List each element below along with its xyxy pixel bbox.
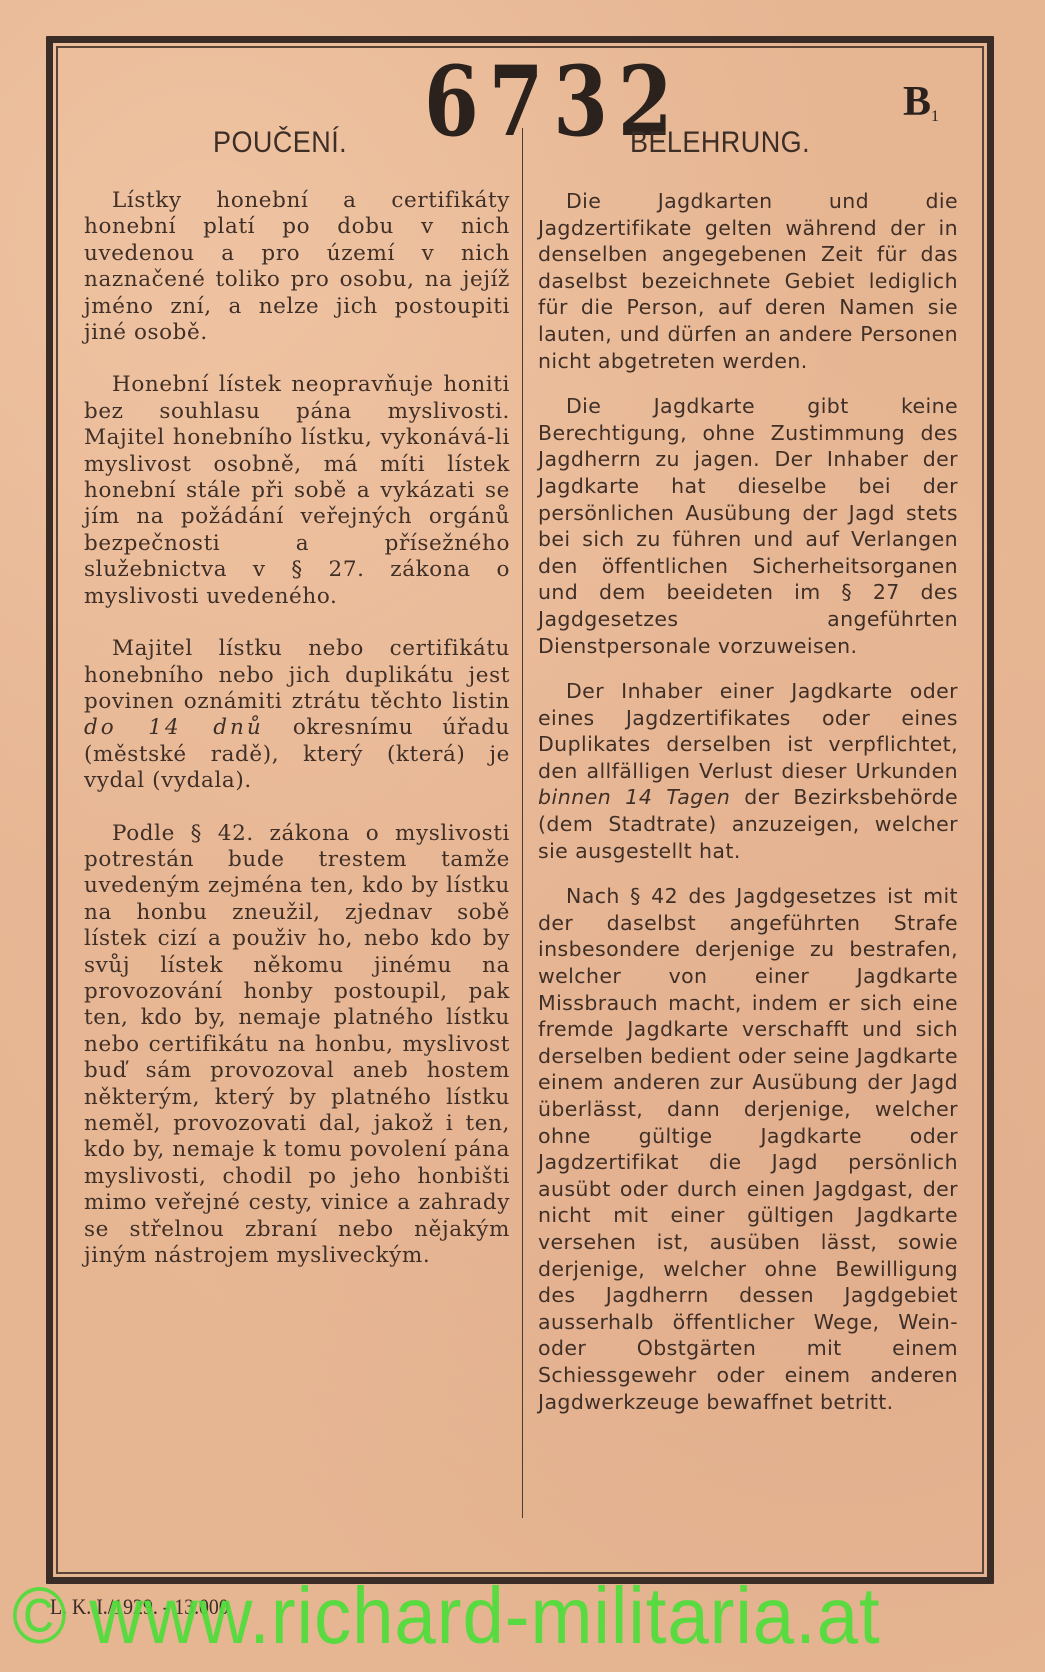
german-paragraph-loss-report: Der Inhaber einer Jagdkarte oder eines J… bbox=[538, 678, 958, 864]
form-code-letter: B bbox=[903, 79, 931, 125]
german-column: Die Jagdkarten und die Jagdzertifikate g… bbox=[538, 188, 958, 1434]
czech-paragraph-penalties: Podle § 42. zákona o myslivosti potrestá… bbox=[84, 821, 510, 1270]
copyright-watermark: © www.richard-militaria.at bbox=[12, 1576, 881, 1656]
czech-paragraph-carry-license: Honební lístek neopravňuje honiti bez so… bbox=[84, 372, 510, 610]
german-paragraph-validity: Die Jagdkarten und die Jagdzertifikate g… bbox=[538, 188, 958, 374]
german-paragraph-carry-license: Die Jagdkarte gibt keine Berechtigung, o… bbox=[538, 393, 958, 659]
czech-loss-text-before: Majitel lístku nebo certifikátu honebníh… bbox=[84, 636, 510, 714]
form-code: B1 bbox=[903, 78, 939, 126]
czech-column: Lístky honební a certifikáty honební pla… bbox=[84, 188, 510, 1295]
german-title: BELEHRUNG. bbox=[630, 126, 810, 160]
czech-title: POUČENÍ. bbox=[213, 126, 347, 160]
german-loss-text-before: Der Inhaber einer Jagdkarte oder eines J… bbox=[538, 679, 958, 783]
german-paragraph-penalties: Nach § 42 des Jagdgesetzes ist mit der d… bbox=[538, 883, 958, 1415]
form-code-subscript: 1 bbox=[931, 108, 939, 125]
german-loss-deadline: binnen 14 Tagen bbox=[538, 785, 730, 809]
czech-loss-deadline: do 14 dnů bbox=[84, 715, 264, 740]
column-divider bbox=[522, 128, 523, 1518]
czech-paragraph-validity: Lístky honební a certifikáty honební pla… bbox=[84, 188, 510, 346]
czech-paragraph-loss-report: Majitel lístku nebo certifikátu honebníh… bbox=[84, 636, 510, 794]
